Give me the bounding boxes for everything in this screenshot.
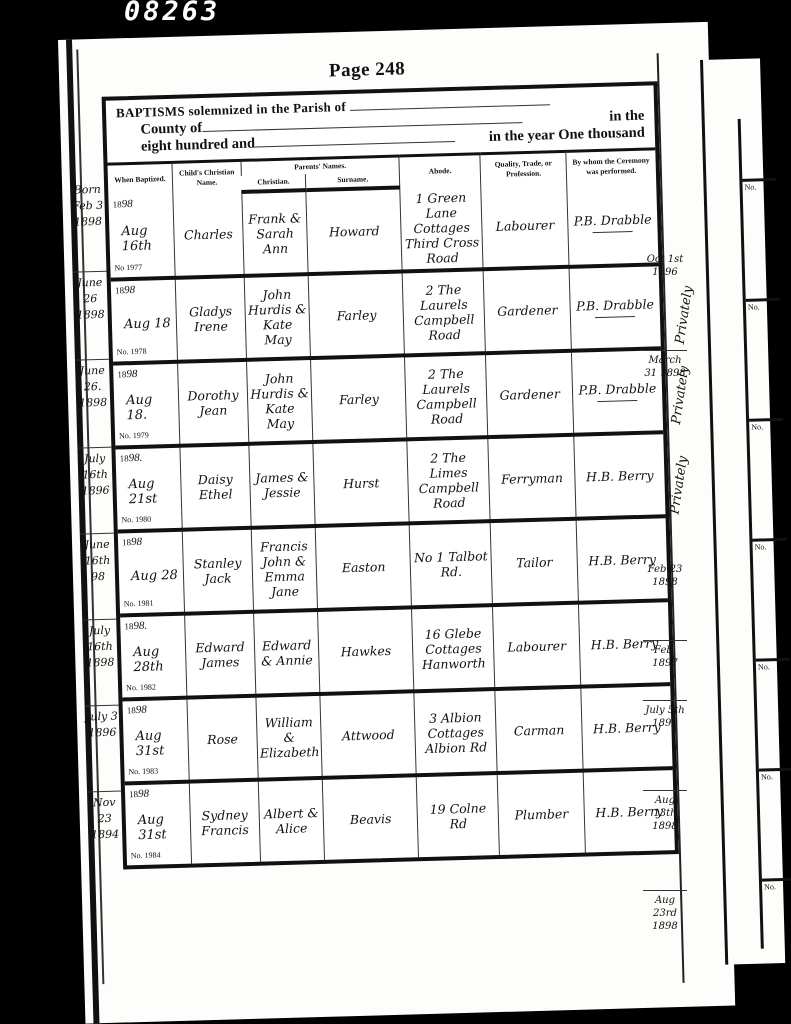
cell-child: Gladys Irene <box>175 276 246 362</box>
cell-surname: Attwood <box>320 691 416 778</box>
cell-child: Stanley Jack <box>182 528 253 614</box>
baptism-register: BAPTISMS solemnized in the Parish of Cou… <box>102 81 679 869</box>
facing-margin-note: Oct 1st 1896 <box>643 250 687 279</box>
cell-officiant: H.B. Berry <box>574 432 666 518</box>
cell-date: 1898Aug 31stNo. 1984 <box>125 782 192 866</box>
cell-child: Dorothy Jean <box>178 360 249 446</box>
facing-margin-note: Feb 23 1898 <box>643 560 687 589</box>
cell-parents-christian: John Hurdis & Kate May <box>244 274 311 360</box>
cell-parents-christian: Albert & Alice <box>258 778 325 862</box>
cell-date: 1898.Aug 28thNo. 1982 <box>120 614 187 700</box>
col-abode: Abode. <box>399 154 481 188</box>
margin-note: July 16th 1898 <box>82 619 117 672</box>
facing-margin-note: Aug 13th 1898 <box>643 790 687 833</box>
cell-surname: Hurst <box>313 439 409 526</box>
entry-number: No. 1979 <box>119 428 149 444</box>
cell-surname: Easton <box>316 523 412 610</box>
cell-date: 1898.Aug 21stNo. 1980 <box>115 446 182 532</box>
facing-margin-note: July 5th 1898 <box>643 700 687 730</box>
cell-abode: 1 Green Lane Cottages Third Cross Road <box>400 185 484 271</box>
cell-parents-christian: Edward & Annie <box>253 610 320 696</box>
margin-note: June 16th 98 <box>80 533 115 586</box>
entry-number: No. 1984 <box>131 847 161 863</box>
cell-child: Sydney Francis <box>189 780 260 864</box>
cell-quality: Labourer <box>481 183 569 269</box>
margin-note: Nov 23 1894 <box>87 791 122 844</box>
cell-abode: 2 The Laurels Campbell Road <box>405 353 489 439</box>
table-row: 1898Aug 28No. 1981 Stanley Jack Francis … <box>118 516 668 615</box>
margin-note: June 26 1898 <box>72 271 107 324</box>
cell-abode: 3 Albion Cottages Albion Rd <box>414 689 498 775</box>
right-margin-note: Privately <box>673 285 696 345</box>
cell-parents-christian: Frank & Sarah Ann <box>242 190 309 276</box>
cell-quality: Plumber <box>498 771 586 855</box>
right-margin-note: Privately <box>667 455 690 515</box>
cell-date: 1898Aug 31stNo. 1983 <box>122 698 189 784</box>
table-row: 1898Aug 18No. 1978 Gladys Irene John Hur… <box>111 264 661 363</box>
cell-child: Rose <box>187 696 258 782</box>
entry-number: No. 1982 <box>126 680 156 696</box>
margin-note: July 16th 1896 <box>77 447 112 500</box>
entry-number: No. 1980 <box>121 512 151 528</box>
cell-abode: 16 Glebe Cottages Hanworth <box>412 605 496 691</box>
entry-number: No. 1978 <box>117 344 147 360</box>
cell-abode: 2 The Limes Campbell Road <box>407 437 491 523</box>
cell-abode: No 1 Talbot Rd. <box>409 521 493 607</box>
parish-blank <box>350 104 550 111</box>
entry-number: No. 1983 <box>128 763 158 779</box>
margin-note: June 26. 1898 <box>75 359 110 412</box>
cell-surname: Farley <box>309 271 405 358</box>
cell-abode: 2 The Laurels Campbell Road <box>402 269 486 355</box>
table-row: 1898Aug 31stNo. 1983 Rose William & Eliz… <box>122 684 672 783</box>
cell-date: 1898Aug 18No. 1978 <box>111 278 178 364</box>
cell-quality: Carman <box>495 687 583 773</box>
table-row: 1898.Aug 21stNo. 1980 Daisy Ethel James … <box>115 432 665 531</box>
facing-margin-note: Aug 23rd 1898 <box>643 890 687 933</box>
page-number: Page 248 <box>329 58 406 82</box>
cell-surname: Farley <box>311 355 407 442</box>
facing-margin-note: March 31 1898 <box>643 350 687 380</box>
cell-quality: Gardener <box>486 351 574 437</box>
entry-number: No 1977 <box>114 260 142 276</box>
table-row: 1898Aug 18.No. 1979 Dorothy Jean John Hu… <box>113 348 663 447</box>
year-blank <box>255 141 455 148</box>
col-parents-christian: Christian. <box>241 174 306 192</box>
cell-parents-christian: William & Elizabeth <box>256 694 323 780</box>
table-row: 1898.Aug 28thNo. 1982 Edward James Edwar… <box>120 600 670 699</box>
col-quality: Quality, Trade, or Profession. <box>480 151 566 185</box>
col-when-baptized: When Baptized. <box>107 162 172 195</box>
cell-date: 1898Aug 28No. 1981 <box>118 530 185 616</box>
margin-note: Born Feb 3 1898 <box>70 179 105 231</box>
cell-quality: Gardener <box>483 267 571 353</box>
cell-parents-christian: James & Jessie <box>249 442 316 528</box>
table-row: 1898Aug 16thNo 1977 Charles Frank & Sara… <box>108 180 658 279</box>
cell-child: Daisy Ethel <box>180 444 251 530</box>
col-officiant: By whom the Ceremony was performed. <box>566 149 657 183</box>
cell-quality: Labourer <box>493 603 581 689</box>
cell-quality: Ferryman <box>488 435 576 521</box>
cell-date: 1898Aug 16thNo 1977 <box>108 194 175 280</box>
cell-child: Charles <box>173 192 244 278</box>
table-row: 1898Aug 31stNo. 1984 Sydney Francis Albe… <box>125 768 675 865</box>
margin-note: July 3 1896 <box>85 705 120 742</box>
cell-child: Edward James <box>185 612 256 698</box>
facing-margin-note: Feb. 1897 <box>643 640 687 670</box>
cell-quality: Tailor <box>491 519 579 605</box>
entry-number: No. 1981 <box>124 596 154 612</box>
baptism-table: When Baptized. Child's Christian Name. P… <box>107 147 674 865</box>
cell-parents-christian: John Hurdis & Kate May <box>246 358 313 444</box>
cell-abode: 19 Colne Rd <box>416 773 500 857</box>
facing-register-edge: No. No. No. No. No. No. No. <box>738 118 791 949</box>
frame-number: 08263 <box>124 0 220 27</box>
cell-date: 1898Aug 18.No. 1979 <box>113 362 180 448</box>
cell-surname: Beavis <box>323 775 419 860</box>
cell-surname: Howard <box>306 188 402 275</box>
register-page: Page 248 BAPTISMS solemnized in the Pari… <box>58 22 735 1024</box>
col-child-name: Child's Christian Name. <box>172 160 242 193</box>
cell-surname: Hawkes <box>318 607 414 694</box>
cell-parents-christian: Francis John & Emma Jane <box>251 526 318 612</box>
